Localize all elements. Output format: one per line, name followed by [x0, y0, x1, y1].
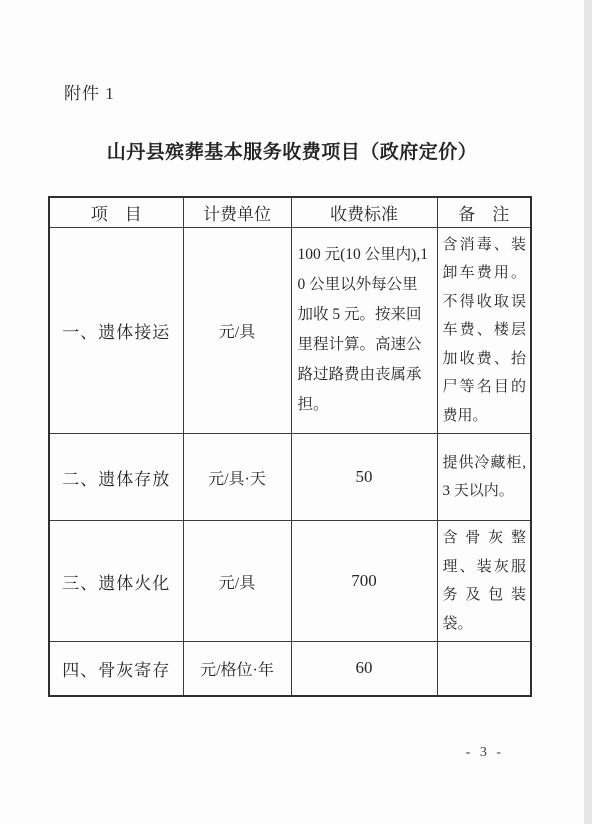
item-cell: 四、骨灰寄存: [49, 642, 183, 696]
table-row: 二、遗体存放 元/具·天 50 提供冷藏柜,3 天以内。: [49, 434, 531, 521]
scan-edge-shadow: [584, 0, 592, 824]
table-row: 三、遗体火化 元/具 700 含骨灰整理、装灰服务及包装袋。: [49, 521, 531, 642]
unit-cell: 元/具: [183, 227, 291, 434]
remark-cell: 含骨灰整理、装灰服务及包装袋。: [437, 521, 531, 642]
col-header-standard: 收费标准: [291, 197, 437, 227]
standard-cell: 50: [291, 434, 437, 521]
col-header-item: 项 目: [49, 197, 183, 227]
attachment-label: 附件 1: [64, 79, 115, 104]
remark-cell: [437, 642, 531, 696]
col-header-remark: 备 注: [437, 197, 531, 227]
standard-cell: 700: [291, 521, 437, 642]
remark-cell: 含消毒、装卸车费用。不得收取误车费、楼层加收费、抬尸等名目的费用。: [437, 227, 531, 434]
item-cell: 一、遗体接运: [49, 227, 183, 434]
unit-cell: 元/具·天: [183, 434, 291, 521]
remark-cell: 提供冷藏柜,3 天以内。: [437, 434, 531, 521]
standard-cell: 60: [291, 642, 437, 696]
fee-table: 项 目 计费单位 收费标准 备 注 一、遗体接运 元/具 100 元(10 公里…: [48, 196, 532, 697]
unit-cell: 元/格位·年: [183, 642, 291, 696]
col-header-unit: 计费单位: [183, 197, 291, 227]
unit-cell: 元/具: [183, 521, 291, 642]
table-row: 一、遗体接运 元/具 100 元(10 公里内),10 公里以外每公里加收 5 …: [49, 227, 531, 434]
table-row: 四、骨灰寄存 元/格位·年 60: [49, 642, 531, 696]
standard-cell: 100 元(10 公里内),10 公里以外每公里加收 5 元。按来回里程计算。高…: [291, 227, 437, 434]
page-title: 山丹县殡葬基本服务收费项目（政府定价）: [0, 137, 584, 164]
item-cell: 三、遗体火化: [49, 521, 183, 642]
item-cell: 二、遗体存放: [49, 434, 183, 521]
page-number: - 3 -: [466, 745, 504, 761]
table-header-row: 项 目 计费单位 收费标准 备 注: [49, 197, 531, 227]
